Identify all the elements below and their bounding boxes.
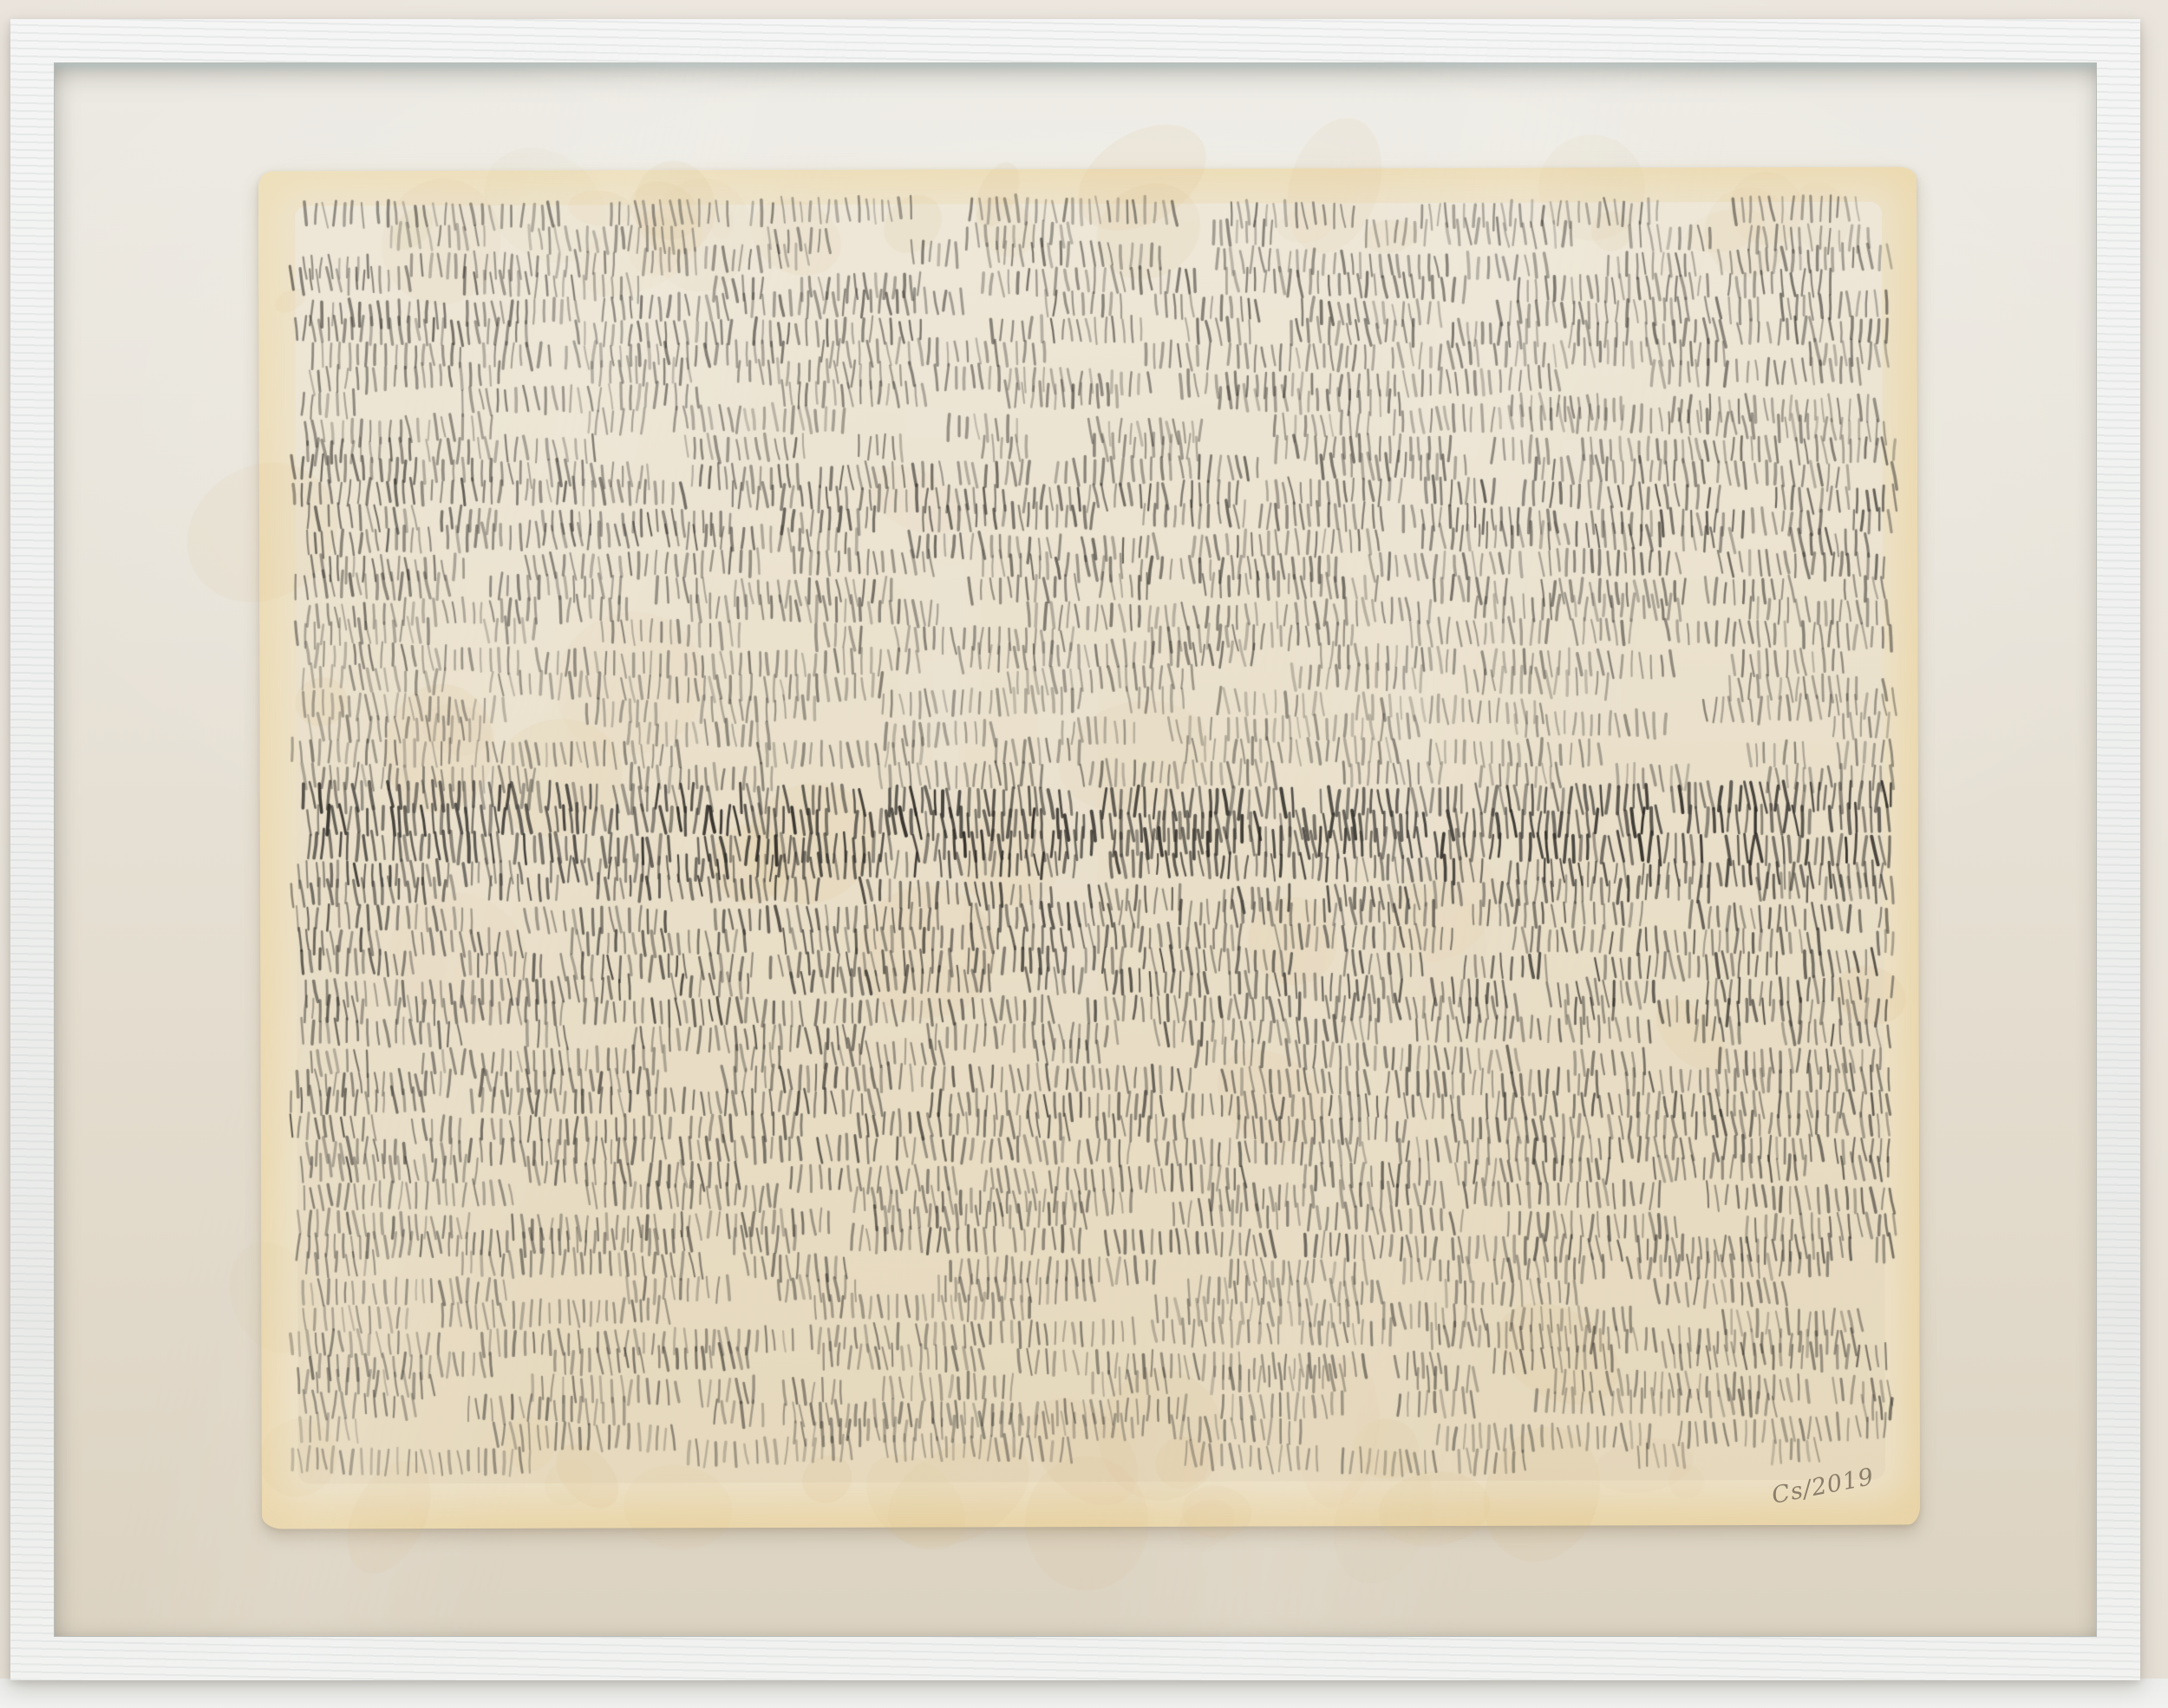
wall-ledge bbox=[0, 1679, 2168, 1708]
artwork-paper bbox=[258, 166, 1920, 1529]
paper-gesso-center bbox=[295, 202, 1885, 1484]
glass-edge-reflection bbox=[55, 63, 2096, 73]
photo-of-framed-artwork: Cs/2019 bbox=[0, 0, 2168, 1708]
